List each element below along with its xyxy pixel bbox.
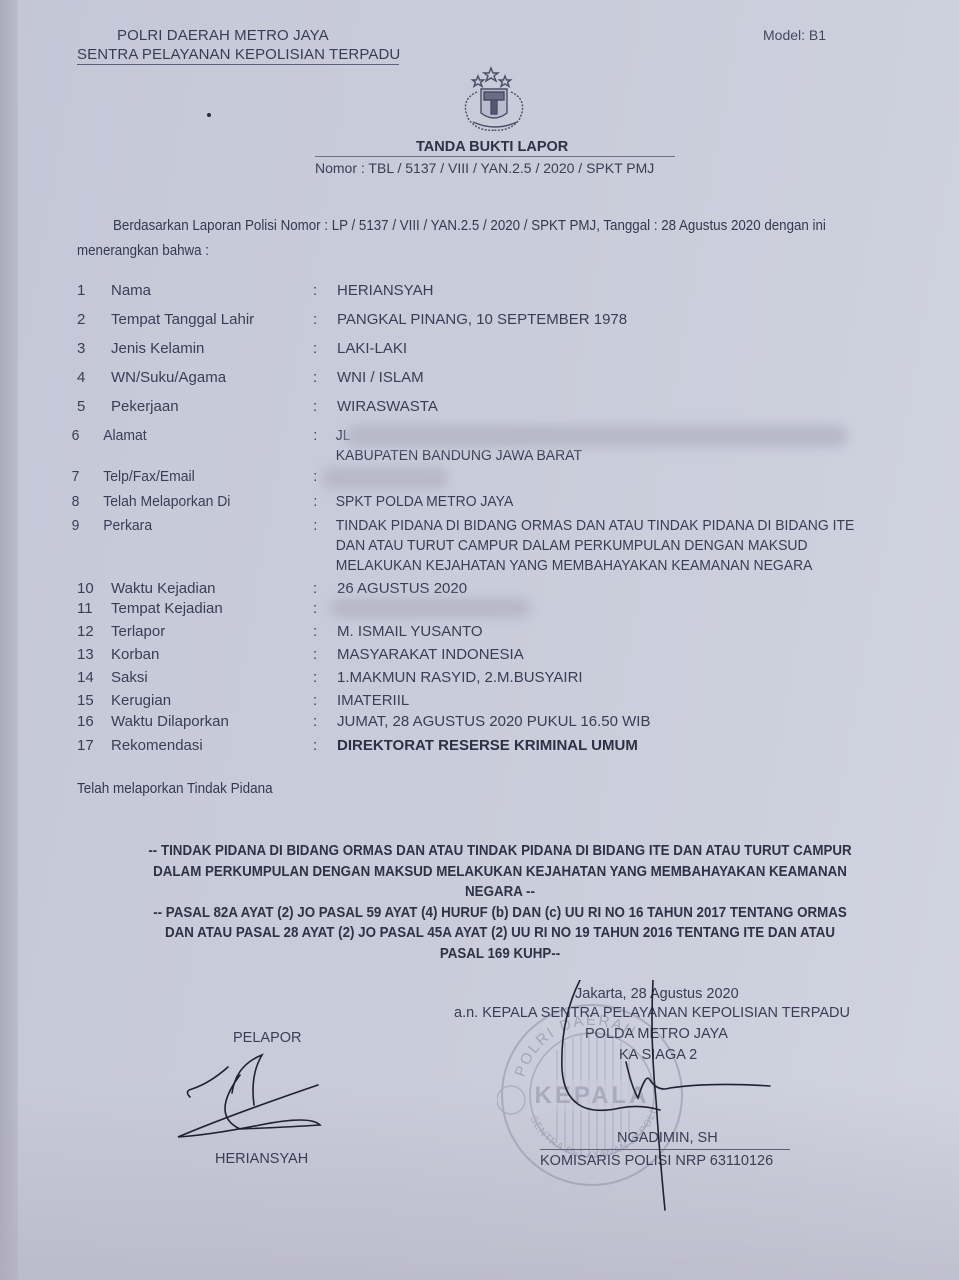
field-colon: :: [313, 468, 317, 485]
crime-description: -- TINDAK PIDANA DI BIDANG ORMAS DAN ATA…: [95, 841, 905, 964]
field-value: IMATERIIL: [337, 692, 409, 709]
reporter-name: HERIANSYAH: [215, 1151, 308, 1167]
field-colon: :: [313, 623, 317, 640]
field-colon: :: [313, 398, 317, 415]
field-label: Perkara: [103, 517, 152, 534]
field-label: Waktu Dilaporkan: [111, 713, 229, 730]
field-label: Telah Melaporkan Di: [103, 493, 230, 510]
field-colon: :: [313, 692, 317, 709]
field-colon: :: [313, 311, 317, 328]
polri-emblem-icon: [447, 66, 543, 140]
field-row-telah-melaporkan-di: 8 Telah Melaporkan Di : SPKT POLDA METRO…: [0, 493, 892, 513]
field-row-rekomendasi: 17 Rekomendasi : DIREKTORAT RESERSE KRIM…: [0, 737, 959, 757]
field-label: Terlapor: [111, 623, 165, 640]
field-label: Jenis Kelamin: [111, 340, 204, 357]
field-number: 16: [77, 713, 94, 730]
field-label: Saksi: [111, 669, 148, 686]
field-label: Kerugian: [111, 692, 171, 709]
law-line-3: PASAL 169 KUHP--: [95, 944, 905, 965]
field-number: 5: [77, 398, 85, 415]
field-number: 15: [77, 692, 94, 709]
field-colon: :: [313, 427, 317, 444]
field-colon: :: [313, 713, 317, 730]
field-label: Pekerjaan: [111, 398, 179, 415]
field-colon: :: [313, 580, 317, 597]
redaction-blur-location: [330, 598, 530, 618]
field-row-nama: 1 Nama : HERIANSYAH: [0, 282, 959, 302]
field-value: HERIANSYAH: [337, 282, 433, 299]
model-label: Model: B1: [763, 27, 826, 43]
field-row-waktu-kejadian: 10 Waktu Kejadian : 26 AGUSTUS 2020: [0, 580, 959, 600]
reporter-signature-icon: [170, 1045, 330, 1145]
redaction-blur-address: [346, 425, 848, 447]
field-label: Nama: [111, 282, 151, 299]
field-value-line-2: DAN ATAU TURUT CAMPUR DALAM PERKUMPULAN …: [336, 537, 808, 554]
field-row-perkara: 9 Perkara : TINDAK PIDANA DI BIDANG ORMA…: [0, 517, 892, 537]
org-underline: [77, 64, 399, 65]
field-number: 8: [72, 493, 80, 510]
field-value-line-2: KABUPATEN BANDUNG JAWA BARAT: [336, 447, 582, 464]
field-row-kerugian: 15 Kerugian : IMATERIIL: [0, 692, 959, 712]
field-row-tempat-tanggal-lahir: 2 Tempat Tanggal Lahir : PANGKAL PINANG,…: [0, 311, 959, 331]
field-value: 1.MAKMUN RASYID, 2.M.BUSYAIRI: [337, 669, 583, 686]
field-value: M. ISMAIL YUSANTO: [337, 623, 483, 640]
field-colon: :: [313, 517, 317, 534]
ink-mark: [207, 113, 211, 117]
field-number: 1: [77, 282, 85, 299]
field-row-waktu-dilaporkan: 16 Waktu Dilaporkan : JUMAT, 28 AGUSTUS …: [0, 713, 959, 733]
field-colon: :: [313, 369, 317, 386]
field-row-saksi: 14 Saksi : 1.MAKMUN RASYID, 2.M.BUSYAIRI: [0, 669, 959, 689]
field-label: Telp/Fax/Email: [103, 468, 194, 485]
field-value: DIREKTORAT RESERSE KRIMINAL UMUM: [337, 737, 638, 754]
field-colon: :: [313, 493, 317, 510]
field-row-pekerjaan: 5 Pekerjaan : WIRASWASTA: [0, 398, 959, 418]
field-colon: :: [313, 340, 317, 357]
page-bottom-shadow: [0, 1080, 959, 1280]
org-line-2: SENTRA PELAYANAN KEPOLISIAN TERPADU: [77, 46, 400, 63]
field-value: SPKT POLDA METRO JAYA: [336, 493, 514, 510]
field-number: 14: [77, 669, 94, 686]
field-value-line-3: MELAKUKAN KEJAHATAN YANG MEMBAHAYAKAN KE…: [336, 557, 813, 574]
intro-line-1: Berdasarkan Laporan Polisi Nomor : LP / …: [113, 218, 826, 234]
document-number: Nomor : TBL / 5137 / VIII / YAN.2.5 / 20…: [315, 160, 654, 176]
document-title: TANDA BUKTI LAPOR: [416, 139, 568, 155]
crime-line-2: DALAM PERKUMPULAN DENGAN MAKSUD MELAKUKA…: [95, 862, 905, 883]
field-number: 10: [77, 580, 94, 597]
field-number: 9: [72, 517, 80, 534]
field-row-korban: 13 Korban : MASYARAKAT INDONESIA: [0, 646, 959, 666]
field-label: Tempat Tanggal Lahir: [111, 311, 254, 328]
title-underline: [315, 156, 675, 157]
field-number: 17: [77, 737, 94, 754]
field-value: TINDAK PIDANA DI BIDANG ORMAS DAN ATAU T…: [336, 517, 855, 534]
field-colon: :: [313, 669, 317, 686]
crime-line-1: -- TINDAK PIDANA DI BIDANG ORMAS DAN ATA…: [95, 841, 905, 862]
field-row-jenis-kelamin: 3 Jenis Kelamin : LAKI-LAKI: [0, 340, 959, 360]
official-signature-icon: [520, 980, 800, 1220]
field-number: 6: [72, 427, 80, 444]
field-label: Waktu Kejadian: [111, 580, 216, 597]
field-number: 3: [77, 340, 85, 357]
law-line-1: -- PASAL 82A AYAT (2) JO PASAL 59 AYAT (…: [95, 903, 905, 924]
redaction-blur-phone: [322, 467, 448, 489]
field-number: 12: [77, 623, 94, 640]
field-row-terlapor: 12 Terlapor : M. ISMAIL YUSANTO: [0, 623, 959, 643]
field-label: Rekomendasi: [111, 737, 203, 754]
field-value: JUMAT, 28 AGUSTUS 2020 PUKUL 16.50 WIB: [337, 713, 650, 730]
field-colon: :: [313, 737, 317, 754]
field-colon: :: [313, 646, 317, 663]
field-number: 7: [72, 468, 80, 485]
field-number: 13: [77, 646, 94, 663]
reporter-label: PELAPOR: [233, 1030, 302, 1046]
field-label: Alamat: [103, 427, 146, 444]
field-number: 11: [77, 600, 93, 617]
law-line-2: DAN ATAU PASAL 28 AYAT (2) JO PASAL 45A …: [95, 923, 905, 944]
field-value: WNI / ISLAM: [337, 369, 424, 386]
crime-line-3: NEGARA --: [95, 882, 905, 903]
field-label: Korban: [111, 646, 159, 663]
field-value: WIRASWASTA: [337, 398, 438, 415]
org-line-1: POLRI DAERAH METRO JAYA: [117, 27, 329, 44]
field-colon: :: [313, 600, 317, 617]
summary-lead: Telah melaporkan Tindak Pidana: [77, 781, 273, 797]
field-colon: :: [313, 282, 317, 299]
field-value: MASYARAKAT INDONESIA: [337, 646, 524, 663]
field-number: 4: [77, 369, 85, 386]
field-label: WN/Suku/Agama: [111, 369, 226, 386]
field-value: 26 AGUSTUS 2020: [337, 580, 467, 597]
field-label: Tempat Kejadian: [111, 600, 223, 617]
field-row-wn-suku-agama: 4 WN/Suku/Agama : WNI / ISLAM: [0, 369, 959, 389]
intro-line-2: menerangkan bahwa :: [77, 243, 209, 259]
field-number: 2: [77, 311, 85, 328]
field-value: PANGKAL PINANG, 10 SEPTEMBER 1978: [337, 311, 627, 328]
field-value: LAKI-LAKI: [337, 340, 407, 357]
